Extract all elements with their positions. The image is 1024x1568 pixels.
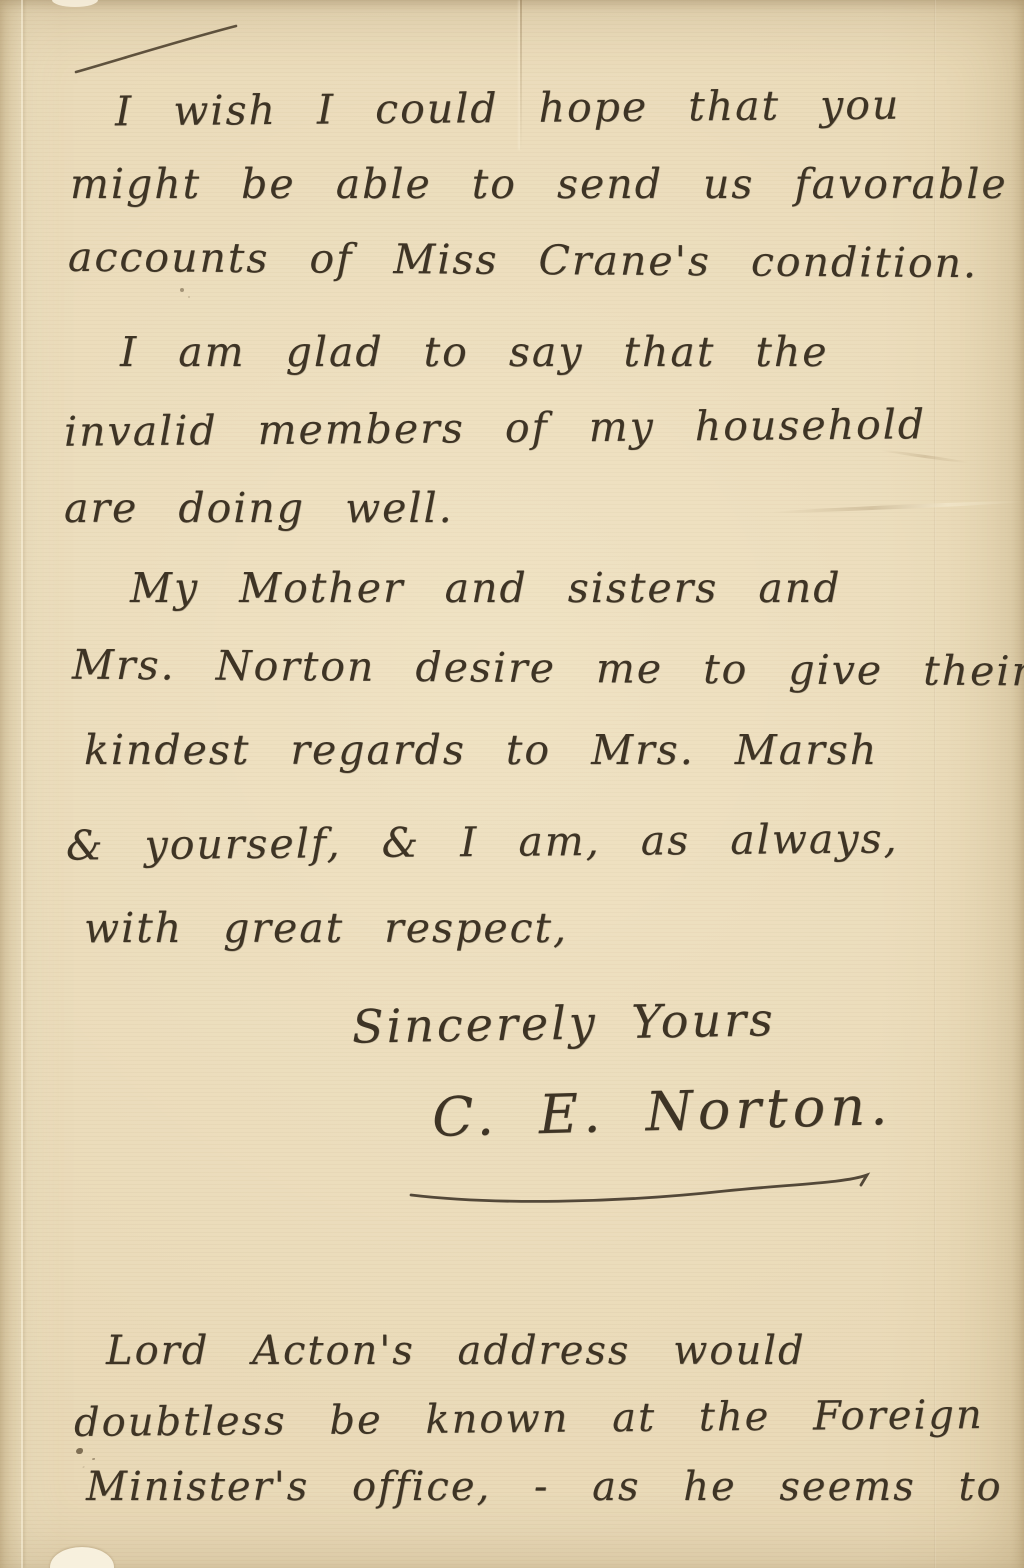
letter-line: Mrs. Norton desire me to give their bbox=[72, 641, 1024, 696]
closing-line: Sincerely Yours bbox=[352, 992, 777, 1053]
ink-smudge bbox=[76, 1448, 83, 1454]
paper-wrinkle bbox=[770, 499, 1024, 514]
ink-speck bbox=[180, 288, 184, 292]
signature-flourish bbox=[405, 1165, 885, 1207]
letter-line: are doing well. bbox=[64, 484, 454, 532]
pen-stroke bbox=[70, 18, 245, 80]
postscript-line: doubtless be known at the Foreign bbox=[74, 1392, 984, 1446]
letter-line: accounts of Miss Crane's condition. bbox=[68, 233, 978, 287]
letter-line: I am glad to say that the bbox=[120, 328, 829, 376]
letter-line: kindest regards to Mrs. Marsh bbox=[84, 726, 878, 774]
paper-chip bbox=[52, 0, 98, 7]
postscript-line: Minister's office, - as he seems to be bbox=[86, 1464, 1024, 1510]
paper-fold-left bbox=[21, 0, 23, 1568]
signature: C. E. Norton. bbox=[431, 1074, 893, 1149]
letter-line: & yourself, & I am, as always, bbox=[66, 814, 899, 869]
postscript-line: Lord Acton's address would bbox=[106, 1328, 806, 1374]
letter-line: I wish I could hope that you bbox=[115, 81, 901, 136]
paper-crease-right bbox=[934, 0, 936, 1568]
paper-wrinkle bbox=[880, 449, 970, 464]
letter-line: might be able to send us favorable bbox=[70, 160, 1008, 208]
letter-line: with great respect, bbox=[84, 904, 568, 952]
paper-chip bbox=[50, 1547, 114, 1568]
letter-line: My Mother and sisters and bbox=[130, 564, 841, 612]
letter-line: invalid members of my household bbox=[64, 400, 926, 456]
letter-page: I wish I could hope that you might be ab… bbox=[0, 0, 1024, 1568]
